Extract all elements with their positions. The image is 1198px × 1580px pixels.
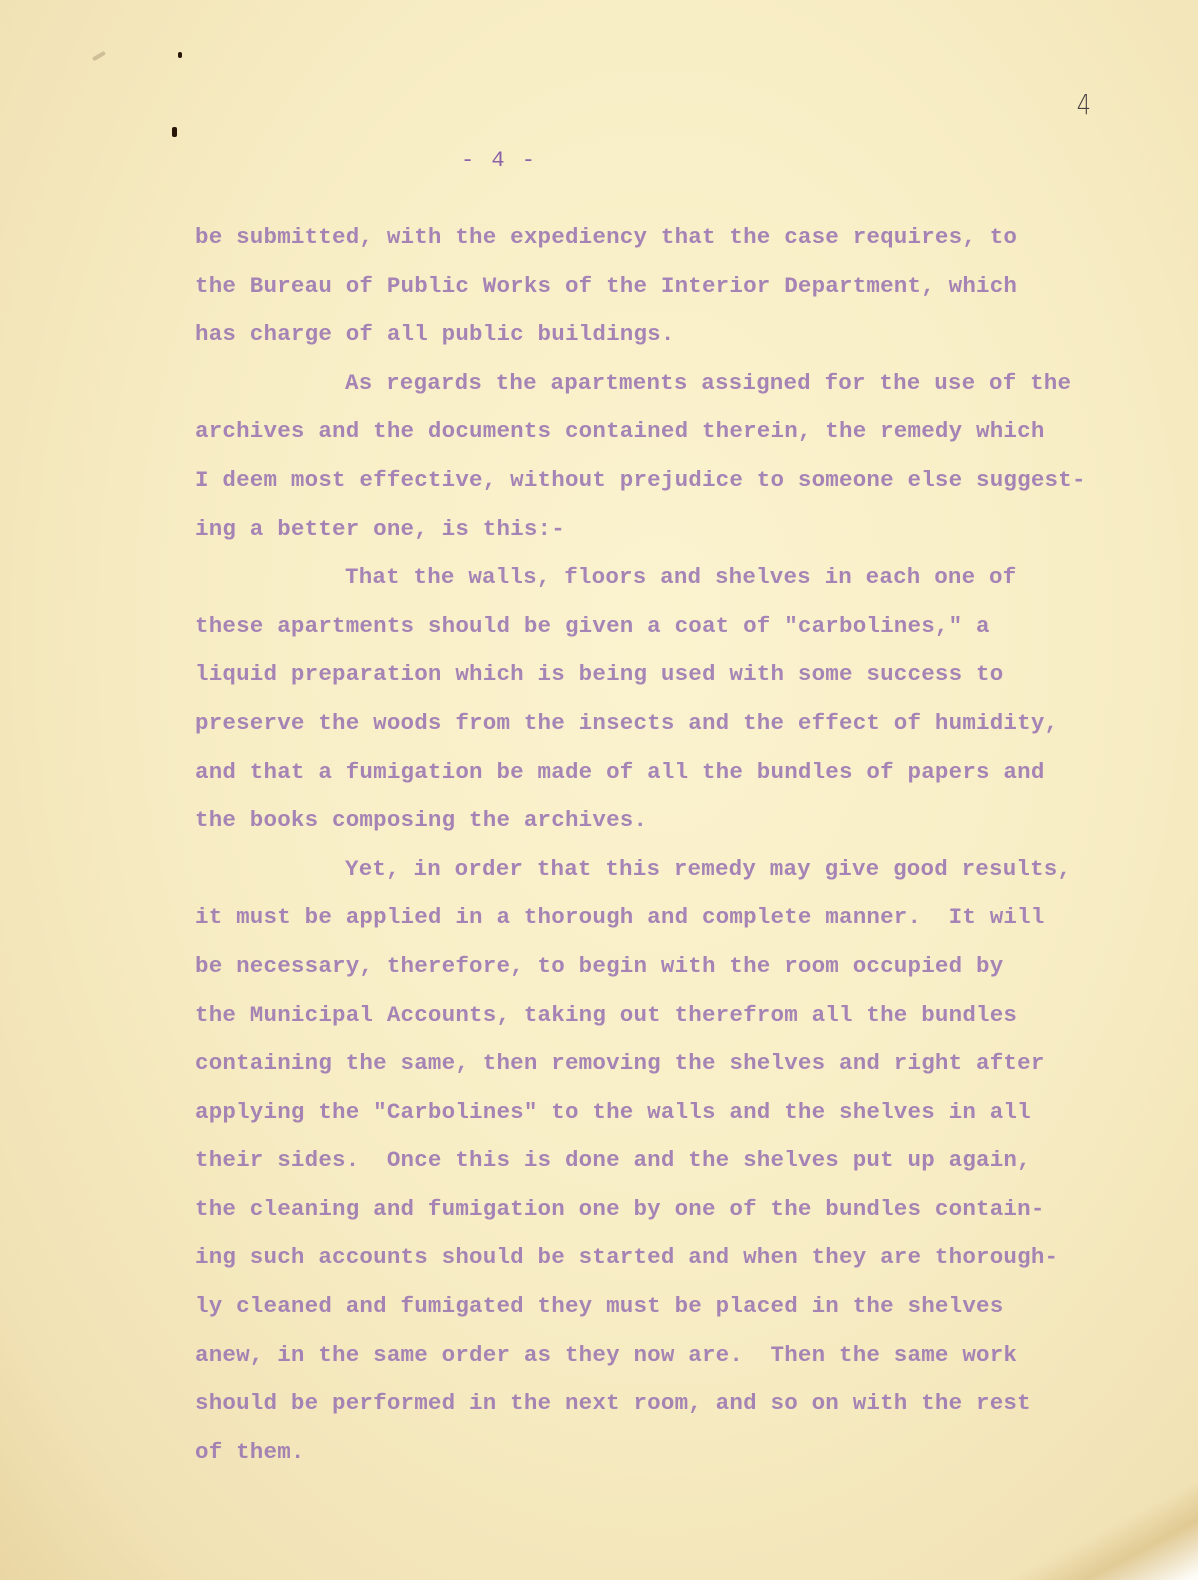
text-line: the Municipal Accounts, taking out there… [195,1000,1155,1049]
text-line: liquid preparation which is being used w… [195,659,1155,708]
text-line: their sides. Once this is done and the s… [195,1145,1155,1194]
text-line: containing the same, then removing the s… [195,1048,1155,1097]
text-line: Yet, in order that this remedy may give … [195,854,1155,903]
margin-mark [178,52,182,58]
document-body: be submitted, with the expediency that t… [195,222,1155,1485]
text-line: it must be applied in a thorough and com… [195,902,1155,951]
text-line: has charge of all public buildings. [195,319,1155,368]
text-line: be necessary, therefore, to begin with t… [195,951,1155,1000]
text-line: ly cleaned and fumigated they must be pl… [195,1291,1155,1340]
text-line: I deem most effective, without prejudice… [195,465,1155,514]
text-line: should be performed in the next room, an… [195,1388,1155,1437]
text-line: preserve the woods from the insects and … [195,708,1155,757]
text-line: archives and the documents contained the… [195,416,1155,465]
text-line: the Bureau of Public Works of the Interi… [195,271,1155,320]
text-line: the books composing the archives. [195,805,1155,854]
document-page: 4 - 4 - be submitted, with the expedienc… [0,0,1198,1580]
margin-mark [172,127,177,137]
text-line: and that a fumigation be made of all the… [195,757,1155,806]
text-line: ing a better one, is this:- [195,514,1155,563]
text-line: That the walls, floors and shelves in ea… [195,562,1155,611]
text-line: anew, in the same order as they now are.… [195,1340,1155,1389]
typed-page-number: - 4 - [0,148,1198,173]
text-line: applying the "Carbolines" to the walls a… [195,1097,1155,1146]
text-line: ing such accounts should be started and … [195,1242,1155,1291]
text-line: the cleaning and fumigation one by one o… [195,1194,1155,1243]
text-line: be submitted, with the expediency that t… [195,222,1155,271]
paper-smudge [92,51,106,61]
handwritten-page-number: 4 [1077,88,1091,121]
text-line: these apartments should be given a coat … [195,611,1155,660]
text-line: As regards the apartments assigned for t… [195,368,1155,417]
text-line: of them. [195,1437,1155,1486]
